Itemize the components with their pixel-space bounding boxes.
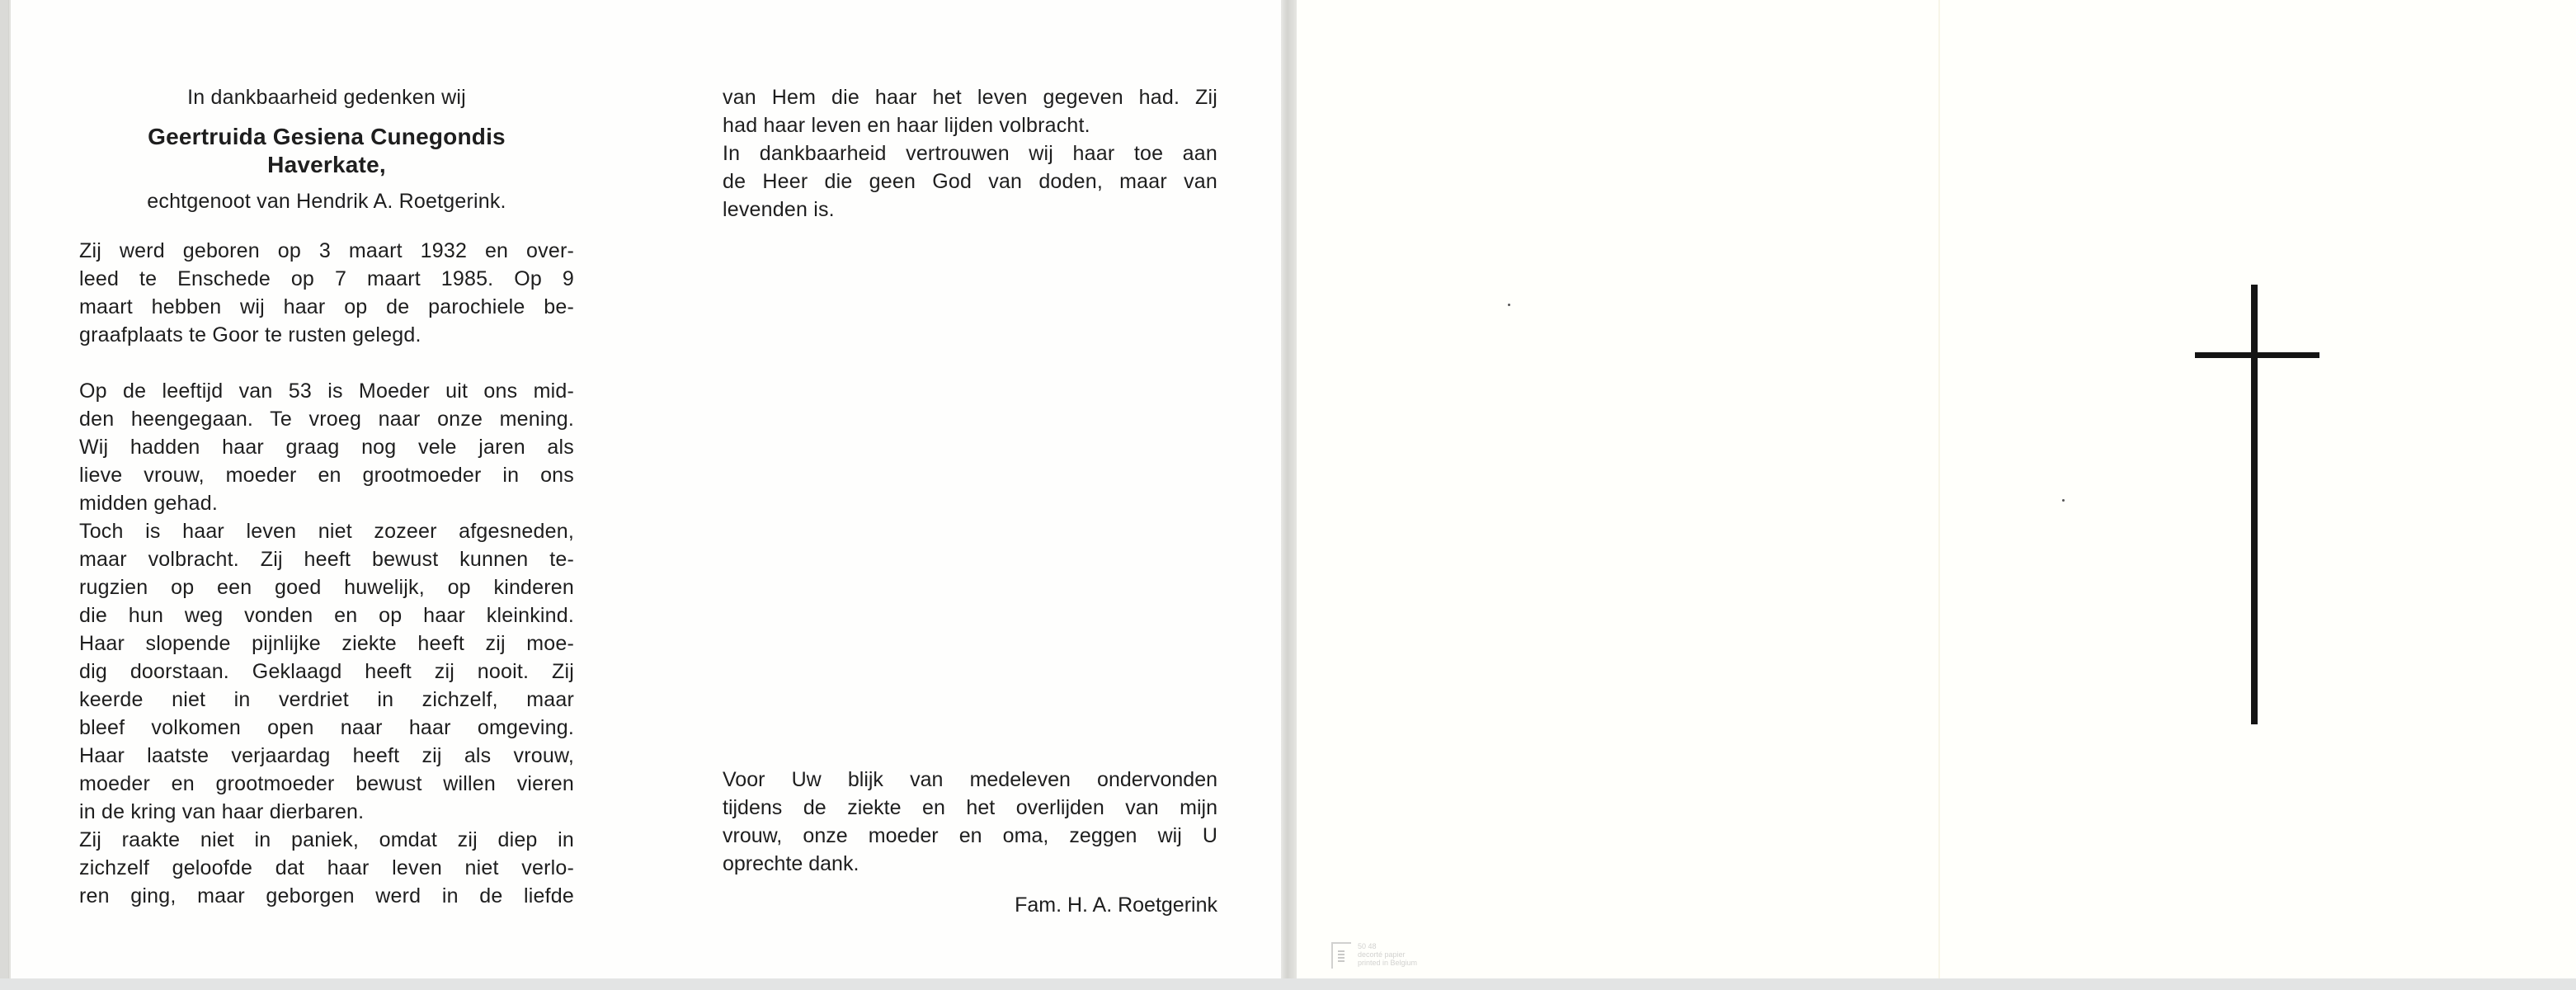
- thanks-block: Voor Uw blijk van medeleven ondervondent…: [723, 766, 1217, 919]
- text-line: leed te Enschede op 7 maart 1985. Op 9: [79, 265, 574, 293]
- text-column-middle: van Hem die haar het leven gegeven had. …: [723, 83, 1217, 224]
- text-line: Haar slopende pijnlijke ziekte heeft zij…: [79, 629, 574, 658]
- text-line: moeder en grootmoeder bewust willen vier…: [79, 770, 574, 798]
- text-line: den heengegaan. Te vroeg naar onze menin…: [79, 405, 574, 433]
- scan-left-edge: [0, 0, 8, 990]
- text-line: bleef volkomen open naar haar omgeving.: [79, 714, 574, 742]
- paper-speck: [2062, 499, 2065, 502]
- text-line: graafplaats te Goor te rusten gelegd.: [79, 321, 574, 349]
- memorial-card-cover: [1297, 0, 2576, 978]
- text-line: Haar laatste verjaardag heeft zij als vr…: [79, 742, 574, 770]
- text-line: keerde niet in verdriet in zichzelf, maa…: [79, 686, 574, 714]
- text-line: Zij werd geboren op 3 maart 1932 en over…: [79, 237, 574, 265]
- text-line: tijdens de ziekte en het overlijden van …: [723, 794, 1217, 822]
- paragraph-age: Op de leeftijd van 53 is Moeder uit ons …: [79, 377, 574, 517]
- paragraph-continuation: van Hem die haar het leven gegeven had. …: [723, 83, 1217, 139]
- text-line: de Heer die geen God van doden, maar van: [723, 167, 1217, 196]
- family-signature: Fam. H. A. Roetgerink: [723, 891, 1217, 919]
- paragraph-entrust: In dankbaarheid vertrouwen wij haar toe …: [723, 139, 1217, 224]
- deceased-name: Geertruida Gesiena Cunegondis Haverkate,: [79, 123, 574, 179]
- text-line: had haar leven en haar lijden volbracht.: [723, 111, 1217, 139]
- printer-mark-code: 50 48: [1358, 942, 1417, 950]
- text-line: van Hem die haar het leven gegeven had. …: [723, 83, 1217, 111]
- printer-mark-paper: decorté papier: [1358, 950, 1417, 959]
- text-line: oprechte dank.: [723, 850, 1217, 878]
- text-line: midden gehad.: [79, 489, 574, 517]
- text-line: die hun weg vonden en op haar kleinkind.: [79, 601, 574, 629]
- paragraph-life: Toch is haar leven niet zozeer afgesnede…: [79, 517, 574, 826]
- text-line: Voor Uw blijk van medeleven ondervonden: [723, 766, 1217, 794]
- intro-line: In dankbaarheid gedenken wij: [79, 83, 574, 111]
- text-line: in de kring van haar dierbaren.: [79, 798, 574, 826]
- text-line: levenden is.: [723, 196, 1217, 224]
- text-line: Zij raakte niet in paniek, omdat zij die…: [79, 826, 574, 854]
- printer-mark-origin: printed in Belgium: [1358, 959, 1417, 967]
- text-line: lieve vrouw, moeder en grootmoeder in on…: [79, 461, 574, 489]
- scan-bottom-edge: [0, 978, 2576, 990]
- text-line: Op de leeftijd van 53 is Moeder uit ons …: [79, 377, 574, 405]
- text-line: zichzelf geloofde dat haar leven niet ve…: [79, 854, 574, 882]
- deceased-name-line1: Geertruida Gesiena Cunegondis: [79, 123, 574, 151]
- text-line: dig doorstaan. Geklaagd heeft zij nooit.…: [79, 658, 574, 686]
- printer-mark: 50 48 decorté papier printed in Belgium: [1331, 942, 1417, 969]
- printer-logo-icon: [1331, 942, 1351, 969]
- text-line: rugzien op een goed huwelijk, op kindere…: [79, 573, 574, 601]
- paper-speck: [1508, 304, 1510, 306]
- text-line: ren ging, maar geborgen werd in de liefd…: [79, 882, 574, 910]
- spouse-line: echtgenoot van Hendrik A. Roetgerink.: [79, 187, 574, 215]
- thanks-paragraph: Voor Uw blijk van medeleven ondervondent…: [723, 766, 1217, 878]
- paragraph-birth-death: Zij werd geboren op 3 maart 1932 en over…: [79, 237, 574, 349]
- printer-mark-text: 50 48 decorté papier printed in Belgium: [1358, 942, 1417, 967]
- scan-gap-divider: [1281, 0, 1297, 990]
- card-fold-line: [1938, 0, 1940, 978]
- cross-icon: [2251, 285, 2258, 724]
- deceased-name-line2: Haverkate,: [79, 151, 574, 179]
- text-line: vrouw, onze moeder en oma, zeggen wij U: [723, 822, 1217, 850]
- text-line: In dankbaarheid vertrouwen wij haar toe …: [723, 139, 1217, 167]
- text-line: maar volbracht. Zij heeft bewust kunnen …: [79, 545, 574, 573]
- text-line: Wij hadden haar graag nog vele jaren als: [79, 433, 574, 461]
- text-line: maart hebben wij haar op de parochiele b…: [79, 293, 574, 321]
- cross-icon-bar: [2195, 352, 2319, 358]
- text-line: Toch is haar leven niet zozeer afgesnede…: [79, 517, 574, 545]
- text-column-left: In dankbaarheid gedenken wij Geertruida …: [79, 83, 574, 910]
- paragraph-faith: Zij raakte niet in paniek, omdat zij die…: [79, 826, 574, 910]
